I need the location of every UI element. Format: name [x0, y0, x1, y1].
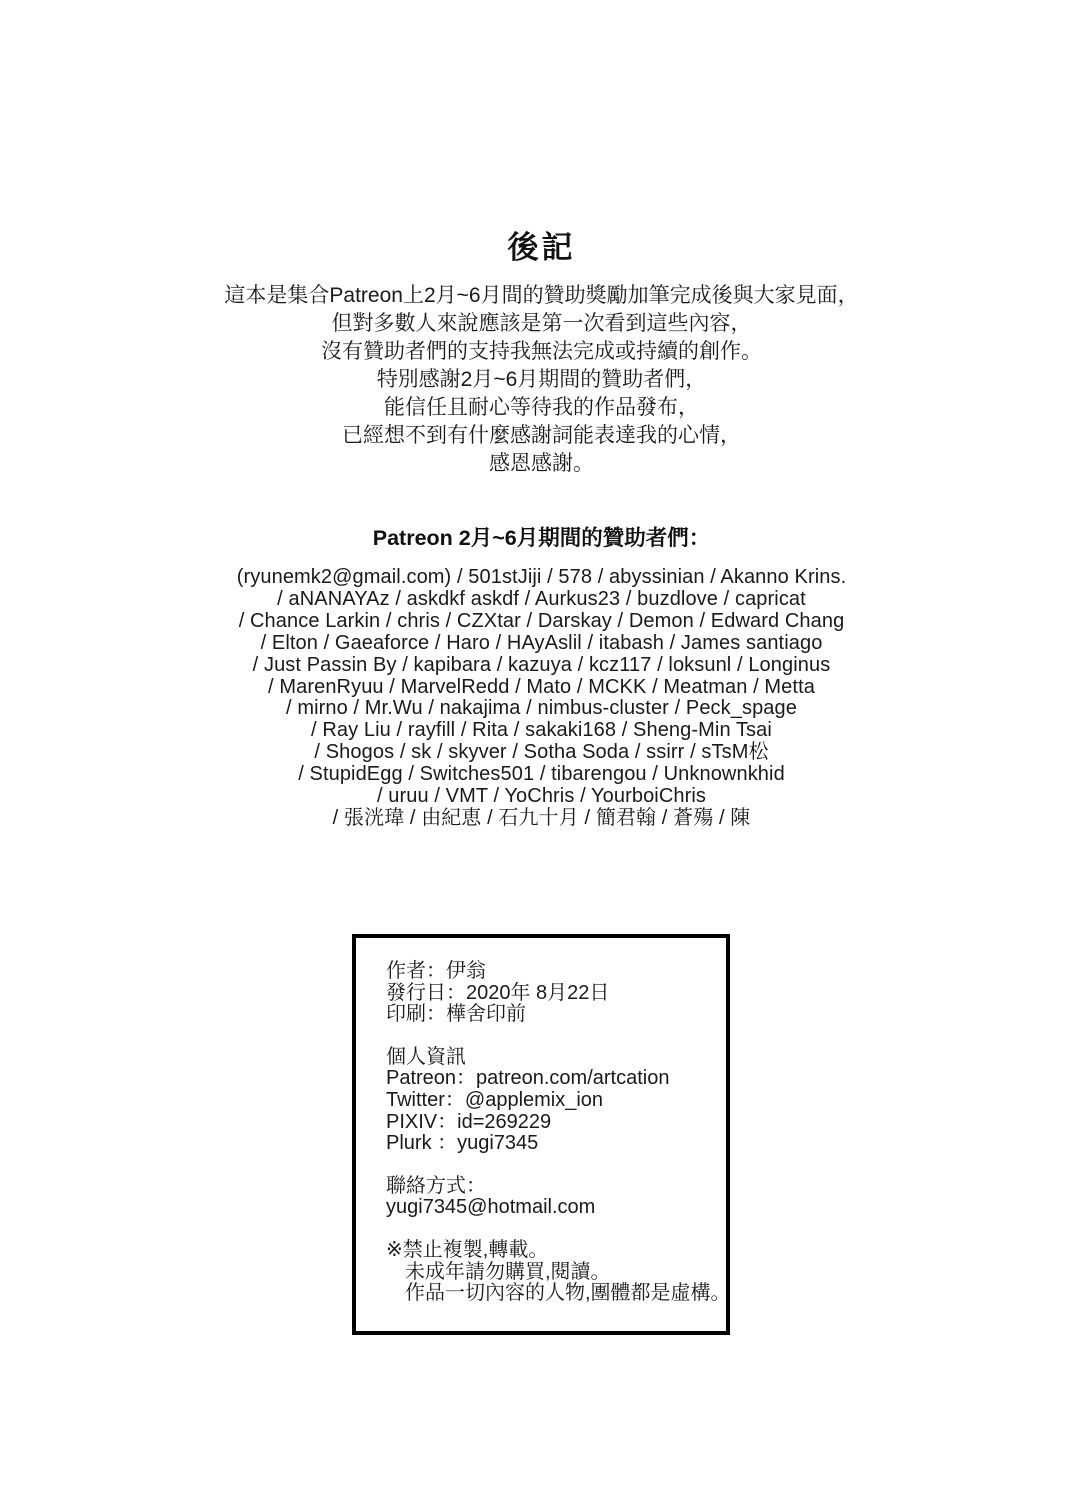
afterword-line: 但對多數人來說應該是第一次看到這些內容， — [0, 310, 1083, 338]
colophon-box: 作者：伊翁 發行日：2020年 8月22日 印刷：樺舍印前 個人資訊 Patre… — [352, 934, 730, 1335]
patrons-heading: Patreon 2月~6月期間的贊助者們： — [0, 521, 1083, 552]
patrons-line: (ryunemk2@gmail.com) / 501stJiji / 578 /… — [0, 567, 1083, 589]
patreon-line: Patreon：patreon.com/artcation — [386, 1068, 716, 1090]
contact-email: yugi7345@hotmail.com — [386, 1197, 716, 1219]
plurk-line: Plurk ：yugi7345 — [386, 1133, 716, 1155]
notice-line: 作品一切內容的人物,團體都是虛構。 — [386, 1283, 716, 1305]
page-title: 後記 — [0, 222, 1083, 267]
patrons-line: / aNANAYAz / askdkf askdf / Aurkus23 / b… — [0, 589, 1083, 611]
afterword-line: 特別感謝2月~6月期間的贊助者們， — [0, 366, 1083, 394]
printing-line: 印刷：樺舍印前 — [386, 1004, 716, 1026]
colophon-notice: ※禁止複製,轉載。 未成年請勿購買,閱讀。 作品一切內容的人物,團體都是虛構。 — [386, 1240, 716, 1305]
patrons-line: / 張洸瑋 / 由紀恵 / 石九十月 / 簡君翰 / 蒼殤 / 陳 — [0, 808, 1083, 830]
afterword-line: 能信任且耐心等待我的作品發布， — [0, 394, 1083, 422]
afterword-line: 已經想不到有什麼感謝詞能表達我的心情， — [0, 422, 1083, 450]
patrons-line: / Chance Larkin / chris / CZXtar / Darsk… — [0, 611, 1083, 633]
pixiv-line: PIXIV：id=269229 — [386, 1112, 716, 1134]
colophon-content: 作者：伊翁 發行日：2020年 8月22日 印刷：樺舍印前 個人資訊 Patre… — [356, 938, 726, 1305]
colophon-contact: 聯絡方式： yugi7345@hotmail.com — [386, 1176, 716, 1219]
patrons-line: / Shogos / sk / skyver / Sotha Soda / ss… — [0, 742, 1083, 764]
patrons-list: (ryunemk2@gmail.com) / 501stJiji / 578 /… — [0, 567, 1083, 830]
afterword-line: 這本是集合Patreon上2月~6月間的贊助獎勵加筆完成後與大家見面， — [0, 282, 1083, 310]
patrons-line: / StupidEgg / Switches501 / tibarengou /… — [0, 764, 1083, 786]
afterword-paragraph: 這本是集合Patreon上2月~6月間的贊助獎勵加筆完成後與大家見面， 但對多數… — [0, 282, 1083, 478]
patrons-line: / Just Passin By / kapibara / kazuya / k… — [0, 655, 1083, 677]
patrons-line: / mirno / Mr.Wu / nakajima / nimbus-clus… — [0, 698, 1083, 720]
twitter-line: Twitter：@applemix_ion — [386, 1090, 716, 1112]
contact-heading: 聯絡方式： — [386, 1176, 716, 1198]
afterword-line: 沒有贊助者們的支持我無法完成或持續的創作。 — [0, 338, 1083, 366]
personal-info-heading: 個人資訊 — [386, 1047, 716, 1069]
notice-line: 未成年請勿購買,閱讀。 — [386, 1262, 716, 1284]
author-line: 作者：伊翁 — [386, 961, 716, 983]
patrons-line: / uruu / VMT / YoChris / YourboiChris — [0, 786, 1083, 808]
patrons-line: / MarenRyuu / MarvelRedd / Mato / MCKK /… — [0, 677, 1083, 699]
afterword-page: 後記 這本是集合Patreon上2月~6月間的贊助獎勵加筆完成後與大家見面， 但… — [0, 0, 1083, 1508]
colophon-publication-info: 作者：伊翁 發行日：2020年 8月22日 印刷：樺舍印前 — [386, 961, 716, 1026]
afterword-line: 感恩感謝。 — [0, 450, 1083, 478]
publish-date-line: 發行日：2020年 8月22日 — [386, 983, 716, 1005]
colophon-personal-info: 個人資訊 Patreon：patreon.com/artcation Twitt… — [386, 1047, 716, 1155]
notice-line: ※禁止複製,轉載。 — [386, 1240, 716, 1262]
patrons-line: / Ray Liu / rayfill / Rita / sakaki168 /… — [0, 720, 1083, 742]
patrons-line: / Elton / Gaeaforce / Haro / HAyAslil / … — [0, 633, 1083, 655]
